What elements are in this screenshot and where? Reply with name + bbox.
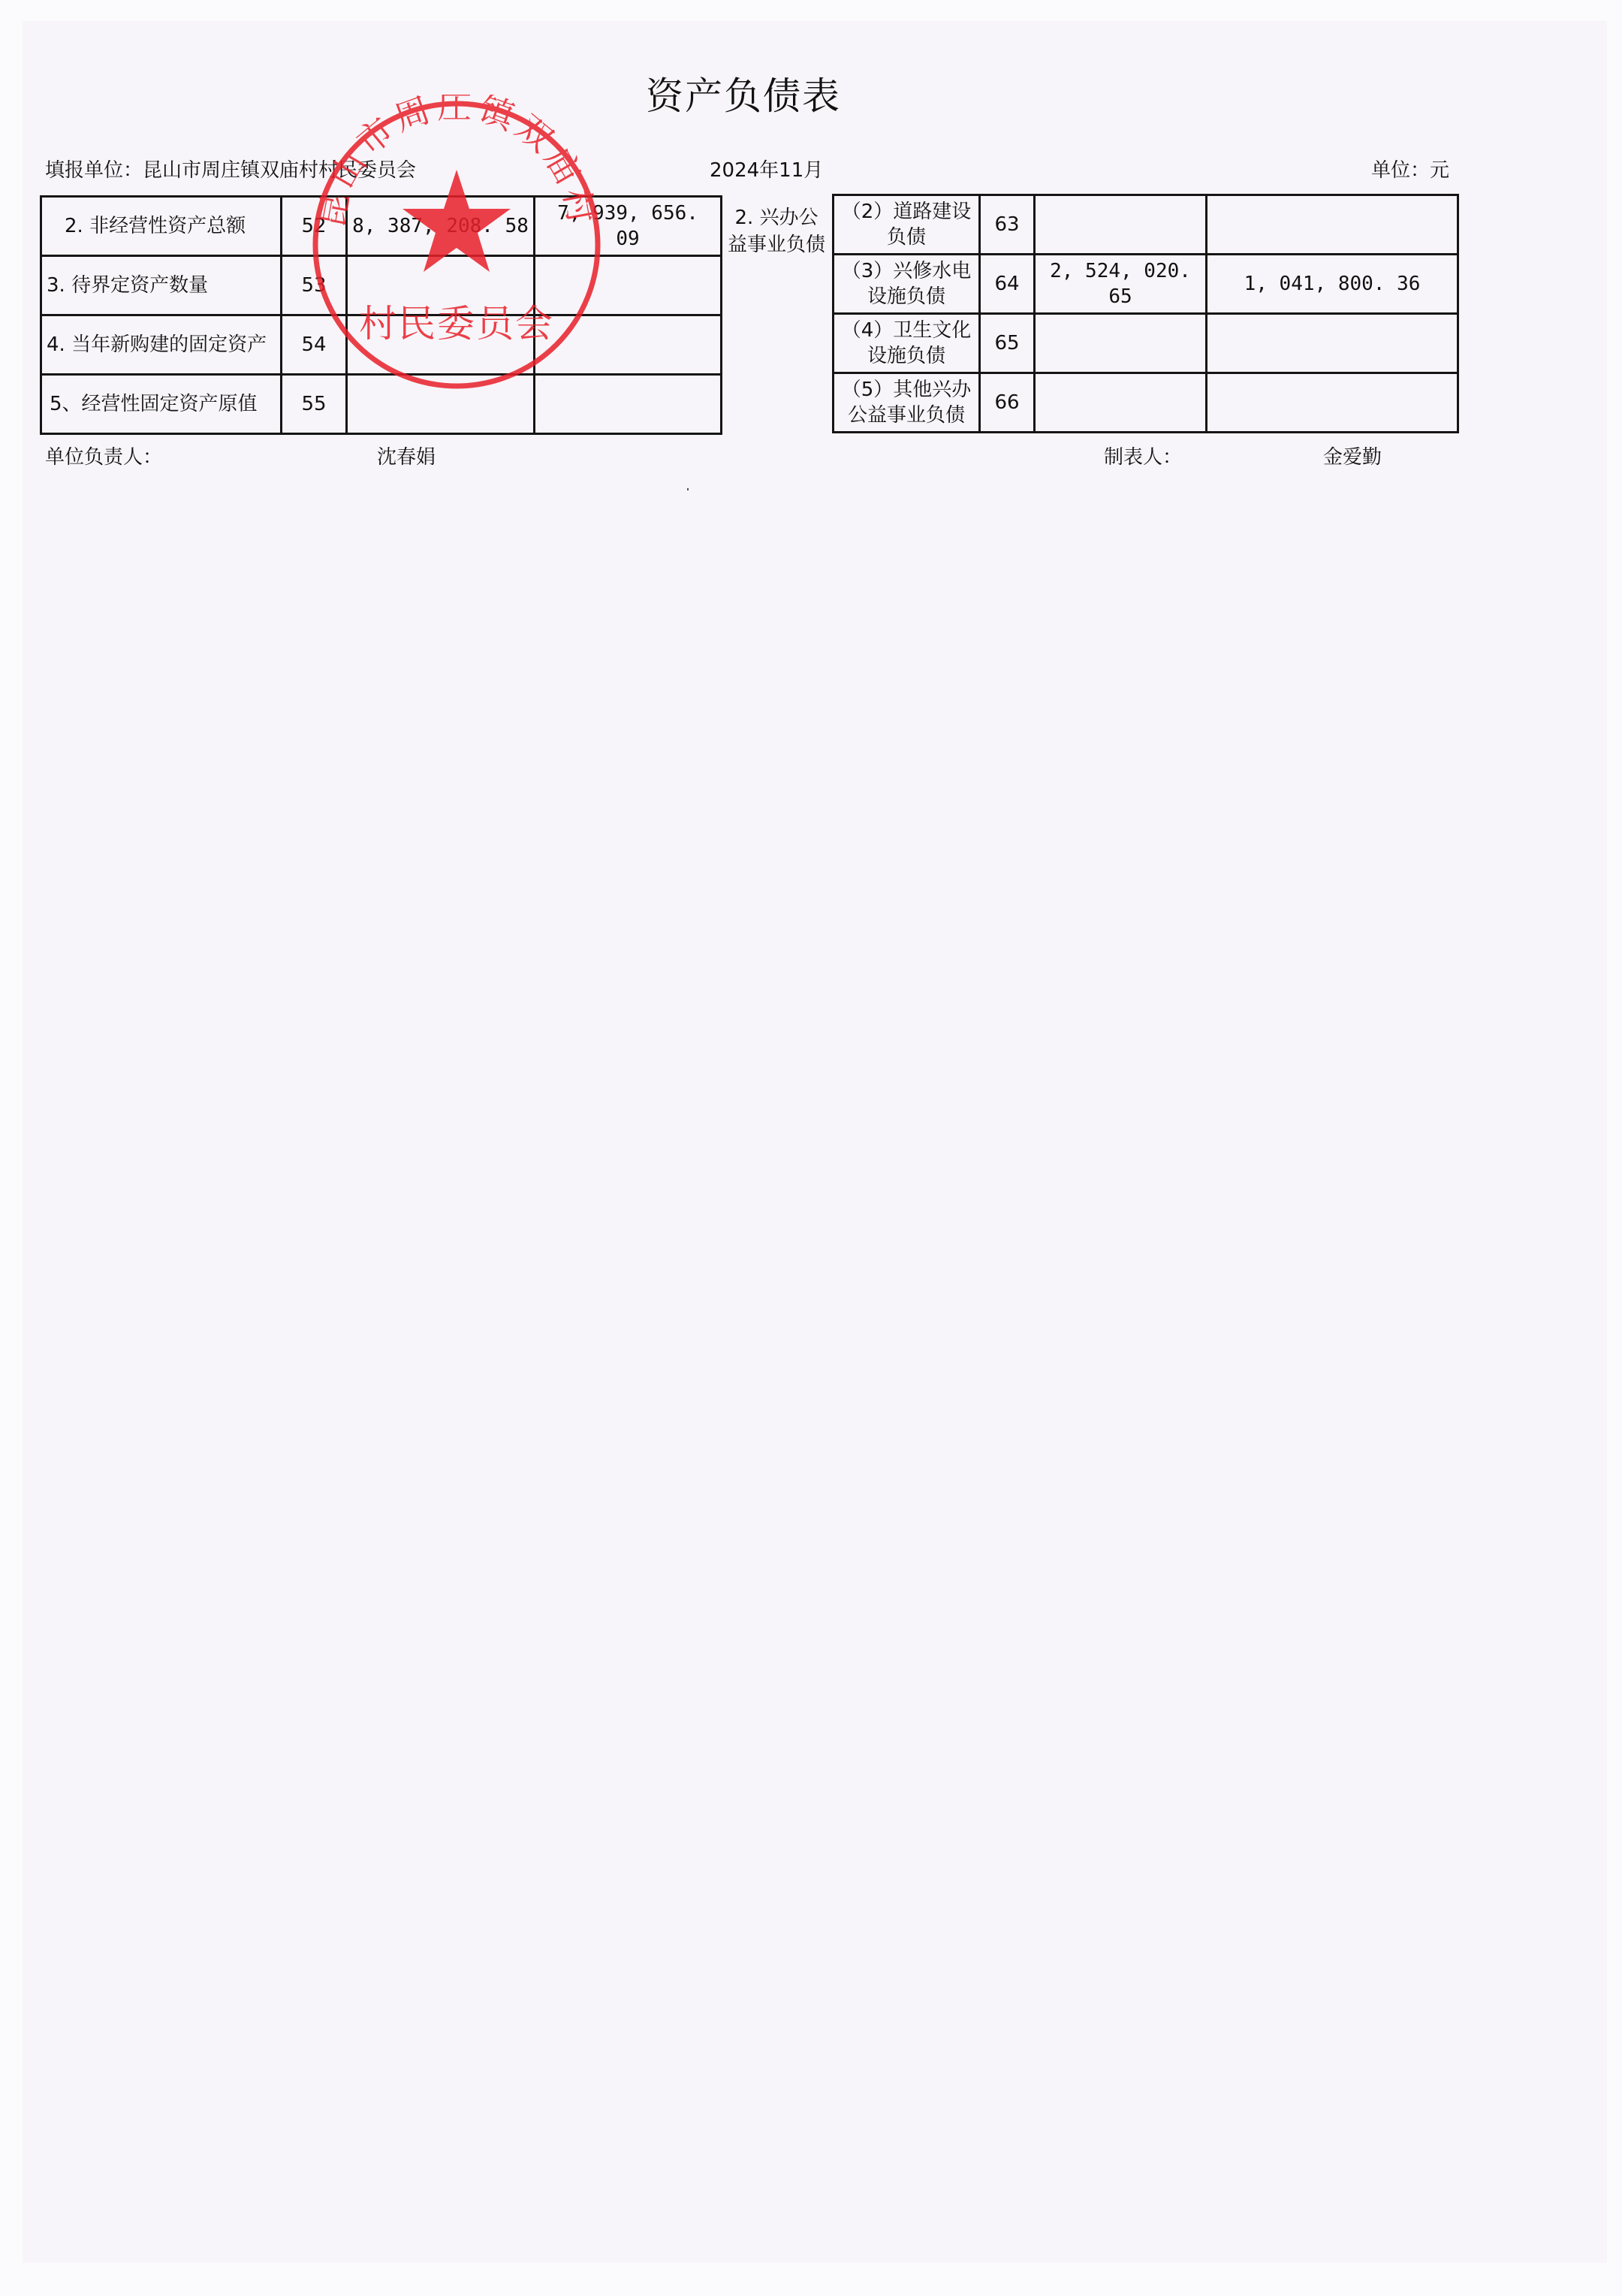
preparer-name: 金爱勤 (1323, 442, 1382, 469)
unit-head-label: 单位负责人： (45, 442, 162, 469)
value-cell (347, 375, 535, 434)
line-number: 53 (282, 256, 347, 315)
table-row: 3. 待界定资产数量 53 (41, 256, 722, 315)
table-row: 2. 非经营性资产总额 52 8, 387, 208. 58 7, 939, 6… (41, 197, 722, 256)
value-cell: 2, 524, 020. 65 (1035, 255, 1207, 314)
report-period: 2024年11月 (710, 155, 823, 183)
value-cell (1035, 373, 1207, 433)
table-row: （3）兴修水电设施负债 64 2, 524, 020. 65 1, 041, 8… (834, 255, 1458, 314)
value-cell (535, 256, 722, 315)
scan-speck (687, 488, 689, 490)
value-cell (535, 315, 722, 375)
line-number: 63 (980, 195, 1035, 255)
line-number: 65 (980, 314, 1035, 373)
liability-group-label: 2. 兴办公益事业负债 (727, 204, 826, 258)
value-cell (1035, 314, 1207, 373)
value-cell: 1, 041, 800. 36 (1207, 255, 1458, 314)
row-label: （4）卫生文化设施负债 (834, 314, 980, 373)
line-number: 52 (282, 197, 347, 256)
row-label: （3）兴修水电设施负债 (834, 255, 980, 314)
unit-head-name: 沈春娟 (377, 442, 436, 469)
value-cell (1207, 195, 1458, 255)
line-number: 66 (980, 373, 1035, 433)
row-label: （5）其他兴办公益事业负债 (834, 373, 980, 433)
reporting-unit: 填报单位：昆山市周庄镇双庙村村民委员会 (45, 155, 416, 183)
liability-table: （2）道路建设负债 63 （3）兴修水电设施负债 64 2, 524, 020.… (832, 194, 1459, 433)
row-label: 3. 待界定资产数量 (41, 256, 282, 315)
value-cell (1207, 314, 1458, 373)
currency-unit: 单位：元 (1371, 155, 1449, 183)
line-number: 55 (282, 375, 347, 434)
value-cell (347, 256, 535, 315)
row-label: 4. 当年新购建的固定资产 (41, 315, 282, 375)
preparer-label: 制表人： (1104, 442, 1182, 469)
asset-table: 2. 非经营性资产总额 52 8, 387, 208. 58 7, 939, 6… (40, 195, 722, 435)
row-label: 5、经营性固定资产原值 (41, 375, 282, 434)
value-cell (1207, 373, 1458, 433)
value-cell: 7, 939, 656. 09 (535, 197, 722, 256)
table-row: （2）道路建设负债 63 (834, 195, 1458, 255)
value-cell: 8, 387, 208. 58 (347, 197, 535, 256)
line-number: 64 (980, 255, 1035, 314)
value-cell (347, 315, 535, 375)
page-title: 资产负债表 (646, 66, 841, 120)
row-label: （2）道路建设负债 (834, 195, 980, 255)
value-cell (1035, 195, 1207, 255)
line-number: 54 (282, 315, 347, 375)
table-row: （4）卫生文化设施负债 65 (834, 314, 1458, 373)
table-row: 4. 当年新购建的固定资产 54 (41, 315, 722, 375)
table-row: 5、经营性固定资产原值 55 (41, 375, 722, 434)
value-cell (535, 375, 722, 434)
table-row: （5）其他兴办公益事业负债 66 (834, 373, 1458, 433)
row-label: 2. 非经营性资产总额 (41, 197, 282, 256)
